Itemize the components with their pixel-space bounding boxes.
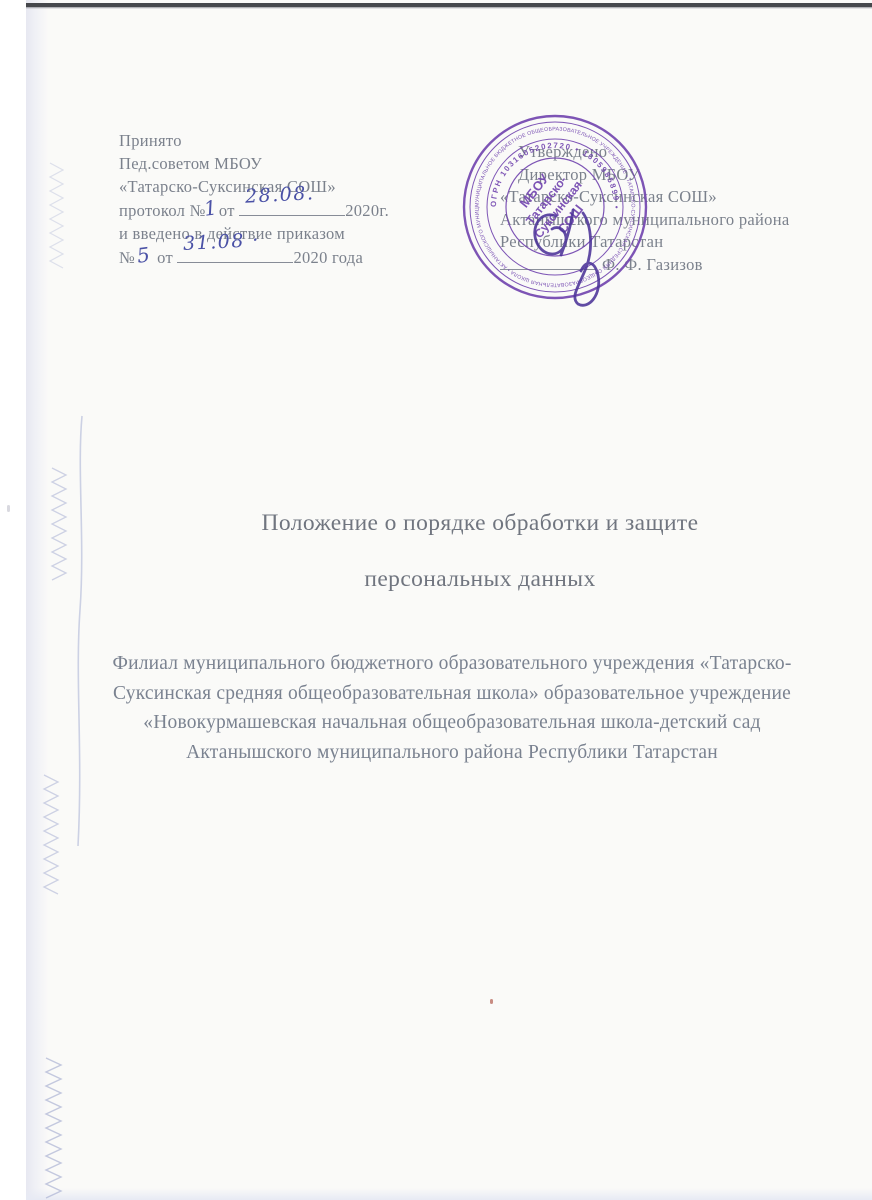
scanned-document-page: Принято Пед.советом МБОУ «Татарско-Сукси…: [0, 0, 872, 1200]
paragraph-line: Актанышского муниципального района Респу…: [57, 738, 847, 768]
paragraph-line: Суксинская средняя общеобразовательная ш…: [57, 679, 847, 709]
order-date-blank: 31.08 ·: [177, 248, 293, 263]
order-line: № 5 от 31.08 ·2020 года: [119, 245, 389, 269]
protocol-ot: от: [219, 201, 235, 220]
paragraph-line: «Новокурмашевская начальная общеобразова…: [57, 708, 847, 738]
handwritten-order-date: 31.08 ·: [183, 229, 261, 256]
order-ot: от: [157, 248, 173, 267]
order-label: №: [119, 248, 135, 267]
scan-bottom-edge: [26, 1188, 872, 1200]
official-round-stamp: МУНИЦИПАЛЬНОЕ БЮДЖЕТНОЕ ОБЩЕОБРАЗОВАТЕЛЬ…: [455, 107, 655, 307]
accepted-line: Пед.советом МБОУ: [119, 152, 389, 175]
vertical-ink-line: [78, 416, 82, 846]
scan-red-speck: [490, 999, 493, 1004]
document-title: Положение о порядке обработки и защите п…: [85, 510, 872, 593]
protocol-date-blank: 28.08.: [239, 201, 345, 216]
accepted-block: Принято Пед.советом МБОУ «Татарско-Сукси…: [119, 129, 389, 269]
handwritten-protocol-number: 1: [202, 196, 219, 221]
title-line-1: Положение о порядке обработки и защите: [85, 510, 872, 537]
organization-paragraph: Филиал муниципального бюджетного образов…: [57, 649, 847, 767]
scan-top-border-shadow: [26, 7, 872, 9]
protocol-year: 2020г.: [345, 201, 389, 220]
protocol-line: протокол №1от 28.08.2020г.: [119, 198, 389, 222]
page-left-edge-shadow: [26, 0, 48, 1200]
title-line-2: персональных данных: [85, 566, 872, 593]
scanner-bed-strip: [0, 0, 26, 1200]
protocol-label: протокол №: [119, 201, 206, 220]
handwritten-protocol-date: 28.08.: [245, 182, 316, 209]
order-year: 2020 года: [293, 248, 363, 267]
handwritten-order-number: 5: [136, 243, 153, 268]
accepted-line: Принято: [119, 129, 389, 152]
paragraph-line: Филиал муниципального бюджетного образов…: [57, 649, 847, 679]
scan-speck: [7, 505, 10, 512]
